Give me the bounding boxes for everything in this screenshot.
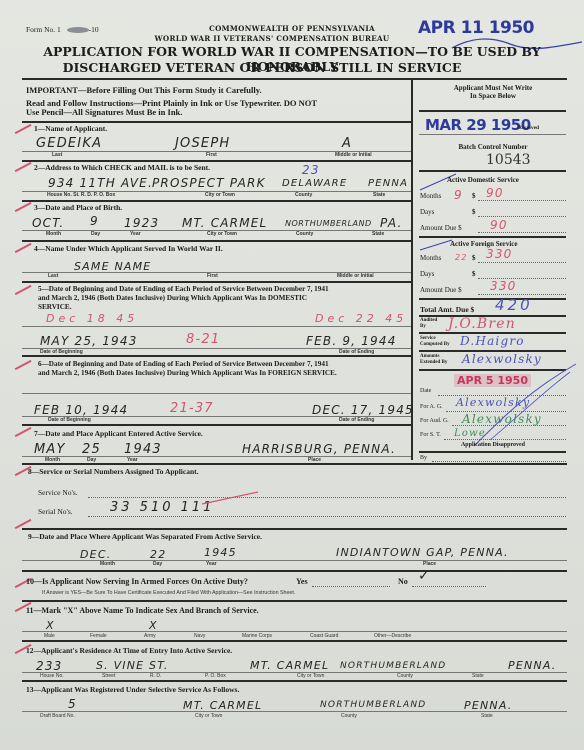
- received-label: Received: [518, 125, 539, 131]
- domestic-months-value: 9: [454, 188, 463, 202]
- field-line: [432, 461, 566, 462]
- domestic-heading: Active Domestic Service: [447, 176, 519, 184]
- foreign-months-amount: 330: [486, 247, 513, 261]
- domestic-begin-date[interactable]: MAY 25, 1943: [40, 334, 138, 348]
- header-divider: [22, 78, 567, 80]
- st-label: For S. T.: [420, 432, 441, 438]
- dollar-sign: $: [472, 270, 476, 278]
- serial-no-field: [88, 516, 566, 517]
- check-tick-icon: [15, 202, 32, 212]
- ag-label: For A. G.: [420, 404, 443, 410]
- field-line: [478, 232, 566, 233]
- blue-signature-sweep-icon: [470, 360, 580, 450]
- address-city[interactable]: PROSPECT PARK: [152, 176, 266, 190]
- caption-house: House No. St. R. D. P. O. Box: [47, 192, 115, 198]
- section-divider: [22, 200, 411, 202]
- field-line: [22, 711, 567, 712]
- yes-label: Yes: [296, 577, 308, 586]
- option-army[interactable]: Army: [144, 633, 156, 639]
- yes-field[interactable]: [312, 586, 390, 587]
- caption-middle: Middle or Initial: [335, 152, 372, 158]
- field-line: [22, 631, 567, 632]
- audited-signature: J.O.Bren: [448, 316, 516, 332]
- section-divider: [22, 424, 411, 426]
- total-value: 420: [495, 296, 533, 314]
- separated-place[interactable]: INDIANTOWN GAP, PENNA.: [336, 546, 509, 559]
- blue-pen-stroke-icon: [418, 238, 454, 252]
- compensation-application-form: Form No. 1 -10 COMMONWEALTH OF PENNSYLVA…: [0, 0, 584, 750]
- draft-county[interactable]: NORTHUMBERLAND: [320, 700, 426, 710]
- caption-place: Place: [423, 561, 436, 567]
- section-divider: [22, 355, 411, 357]
- office-divider: [419, 298, 566, 300]
- no-label: No: [398, 577, 408, 586]
- service-no-field[interactable]: [88, 497, 566, 498]
- option-other[interactable]: Other—Describe: [374, 633, 411, 639]
- address-state[interactable]: PENNA: [368, 178, 408, 189]
- caption-county: County: [296, 231, 313, 237]
- foreign-red-mid: 21-37: [170, 401, 214, 416]
- option-coast-guard[interactable]: Coast Guard: [310, 633, 338, 639]
- section-3-label: 3—Date and Place of Birth.: [34, 203, 122, 212]
- field-line: [419, 134, 566, 135]
- foreign-months-label: Months: [420, 254, 441, 262]
- section-1-label: 1—Name of Applicant.: [34, 124, 107, 133]
- service-no-label: Service No's.: [38, 488, 78, 497]
- section-5-label-2: and March 2, 1946 (Both Dates Inclusive)…: [38, 294, 307, 302]
- no-check-mark[interactable]: ✓: [418, 568, 431, 584]
- caption-city: City or Town: [205, 192, 235, 198]
- birth-state[interactable]: PA.: [380, 216, 403, 230]
- caption-last: Last: [48, 273, 58, 279]
- check-tick-icon: [15, 360, 32, 370]
- domestic-amount-label: Amount Due $: [420, 224, 462, 232]
- applicant-first-name[interactable]: JOSEPH: [175, 136, 230, 151]
- section-10-note: If Answer is YES—Be Sure To Have Certifi…: [42, 590, 295, 596]
- foreign-begin-date[interactable]: FEB 10, 1944: [34, 403, 128, 417]
- section-9-label: 9—Date and Place Where Applicant Was Sep…: [28, 532, 262, 541]
- section-11-label: 11—Mark "X" Above Name To Indicate Sex A…: [26, 606, 259, 615]
- section-divider: [22, 570, 567, 572]
- caption-begin: Date of Beginning: [48, 417, 91, 423]
- caption-state: State: [481, 713, 493, 719]
- domestic-red-mid: 8-21: [186, 332, 220, 347]
- domestic-end-date[interactable]: FEB. 9, 1944: [306, 334, 397, 348]
- foreign-amount-value: 330: [490, 279, 517, 293]
- dollar-sign: $: [472, 208, 476, 216]
- residence-state[interactable]: PENNA.: [508, 659, 556, 672]
- caption-middle: Middle or Initial: [337, 273, 374, 279]
- caption-state: State: [472, 673, 484, 679]
- caption-month: Month: [46, 231, 61, 237]
- office-divider: [419, 110, 566, 112]
- section-divider: [22, 463, 567, 465]
- birth-day[interactable]: 9: [90, 214, 99, 228]
- field-line: [478, 294, 566, 295]
- address-county[interactable]: DELAWARE: [282, 178, 347, 189]
- section-7-label: 7—Date and Place Applicant Entered Activ…: [34, 429, 203, 438]
- audited-label: Audited By: [420, 318, 444, 330]
- residence-county[interactable]: NORTHUMBERLAND: [340, 661, 446, 671]
- option-marine-corps[interactable]: Marine Corps: [242, 633, 272, 639]
- section-6-label-2: and March 2, 1946 (Both Dates Inclusive)…: [38, 369, 337, 377]
- batch-control-label: Batch Control Number: [413, 143, 573, 151]
- caption-rd: R. D.: [150, 673, 161, 679]
- foreign-amount-label: Amount Due $: [420, 286, 462, 294]
- section-divider: [22, 281, 411, 283]
- office-heading-1: Applicant Must Not Write: [413, 84, 573, 92]
- field-line: [478, 200, 566, 201]
- section-divider: [22, 240, 411, 242]
- option-male[interactable]: Male: [44, 633, 55, 639]
- domestic-red-end: Dec 22 45: [315, 312, 407, 325]
- birth-county[interactable]: NORTHUMBERLAND: [285, 219, 372, 228]
- birth-city[interactable]: MT. CARMEL: [182, 216, 267, 230]
- office-heading-2: In Space Below: [413, 92, 573, 100]
- domestic-amount-value: 90: [490, 218, 508, 232]
- option-navy[interactable]: Navy: [194, 633, 205, 639]
- section-divider: [22, 528, 567, 530]
- caption-county: County: [295, 192, 312, 198]
- residence-street[interactable]: S. VINE ST.: [96, 659, 169, 672]
- domestic-months-amount: 90: [486, 186, 504, 200]
- extended-label: Amounts Extended By: [420, 354, 452, 366]
- field-line: [478, 262, 566, 263]
- caption-draft-board: Draft Board No.: [40, 713, 75, 719]
- caption-day: Day: [91, 231, 100, 237]
- caption-year: Year: [206, 561, 217, 567]
- section-divider: [22, 680, 567, 682]
- caption-month: Month: [100, 561, 115, 567]
- check-tick-icon: [15, 243, 32, 253]
- entered-day[interactable]: 25: [82, 442, 101, 457]
- total-label: Total Amt. Due $: [420, 305, 474, 314]
- dollar-sign: $: [472, 192, 476, 200]
- caption-first: First: [206, 152, 217, 158]
- check-tick-icon: [15, 285, 32, 295]
- instruction-important: IMPORTANT—Before Filling Out This Form S…: [26, 85, 262, 95]
- entered-year[interactable]: 1943: [124, 442, 162, 457]
- section-2-label: 2—Address to Which CHECK and MAIL is to …: [34, 163, 210, 172]
- caption-year: Year: [130, 231, 141, 237]
- separated-year[interactable]: 1945: [204, 546, 237, 559]
- batch-control-number: 10543: [486, 152, 531, 168]
- caption-city: City or Town: [297, 673, 324, 679]
- caption-state: State: [372, 231, 384, 237]
- domestic-days-label: Days: [420, 208, 434, 216]
- foreign-months-value: 22: [455, 253, 468, 262]
- section-divider: [22, 640, 567, 642]
- check-tick-icon: [15, 124, 32, 134]
- serial-no-value[interactable]: 33 510 111: [110, 500, 214, 515]
- section-divider: [22, 600, 567, 602]
- serial-no-label: Serial No's.: [38, 507, 73, 516]
- caption-state: State: [373, 192, 385, 198]
- address-annotation: 23: [302, 163, 320, 177]
- section-divider: [22, 121, 411, 123]
- draft-board-number[interactable]: 5: [68, 697, 77, 711]
- entered-place[interactable]: HARRISBURG, PENNA.: [242, 442, 396, 456]
- residence-house[interactable]: 233: [36, 659, 63, 673]
- caption-last: Last: [52, 152, 62, 158]
- foreign-end-date[interactable]: DEC. 17, 1945: [312, 403, 414, 417]
- section-12-label: 12—Applicant's Residence At Time of Entr…: [26, 646, 232, 655]
- section-divider: [22, 160, 411, 162]
- applicant-last-name[interactable]: GEDEIKA: [36, 136, 102, 151]
- dollar-sign: $: [472, 254, 476, 262]
- caption-county: County: [397, 673, 413, 679]
- field-line: [22, 456, 411, 457]
- no-field: [412, 586, 486, 587]
- check-tick-icon: [15, 427, 32, 437]
- check-tick-icon: [15, 162, 32, 172]
- applicant-middle-initial[interactable]: A: [342, 136, 352, 151]
- field-line: [478, 216, 566, 217]
- caption-city: City or Town: [195, 713, 222, 719]
- caption-house: House No.: [40, 673, 64, 679]
- section-5-label-3: SERVICE.: [38, 303, 72, 311]
- section-6-label-1: 6—Date of Beginning and Date of Ending o…: [38, 360, 329, 368]
- computed-label: Service Computed By: [420, 336, 450, 348]
- residence-city[interactable]: MT. CARMEL: [250, 659, 329, 672]
- domestic-red-begin: Dec 18 45: [46, 312, 138, 325]
- date-label: Date: [420, 388, 431, 394]
- entered-month[interactable]: MAY: [34, 442, 66, 457]
- instruction-line-3: Use Pencil—All Signatures Must Be in Ink…: [26, 107, 182, 117]
- caption-city: City or Town: [207, 231, 237, 237]
- caption-po-box: P. O. Box: [205, 673, 226, 679]
- field-line: [22, 393, 411, 394]
- by-label: By: [420, 455, 427, 461]
- aud-label: For Aud. G.: [420, 418, 449, 424]
- caption-day: Day: [153, 561, 162, 567]
- option-female[interactable]: Female: [90, 633, 107, 639]
- domestic-months-label: Months: [420, 192, 441, 200]
- disapproved-label: Application Disapproved: [413, 442, 573, 448]
- caption-street: Street: [102, 673, 115, 679]
- section-8-label: 8—Service or Serial Numbers Assigned To …: [28, 467, 199, 476]
- section-5-label-1: 5—Date of Beginning and Date of Ending o…: [38, 285, 329, 293]
- birth-year[interactable]: 1923: [124, 216, 159, 230]
- section-4-label: 4—Name Under Which Applicant Served In W…: [34, 244, 223, 253]
- birth-month[interactable]: OCT.: [32, 216, 64, 230]
- caption-end: Date of Ending: [339, 417, 374, 423]
- address-house[interactable]: 934 11TH AVE.: [48, 176, 153, 190]
- field-line: [22, 326, 411, 327]
- computed-signature: D.Haigro: [460, 334, 525, 348]
- form-title-line-2: DISCHARGED VETERAN OR PERSON STILL IN SE…: [0, 60, 554, 75]
- office-divider: [419, 451, 566, 453]
- foreign-days-label: Days: [420, 270, 434, 278]
- section-10-label: 10—Is Applicant Now Serving In Armed For…: [26, 577, 248, 586]
- section-13-label: 13—Applicant Was Registered Under Select…: [26, 685, 239, 694]
- caption-county: County: [341, 713, 357, 719]
- red-check-mark-icon: [200, 490, 260, 506]
- received-stamp: MAR 29 1950: [425, 116, 531, 134]
- caption-first: First: [207, 273, 218, 279]
